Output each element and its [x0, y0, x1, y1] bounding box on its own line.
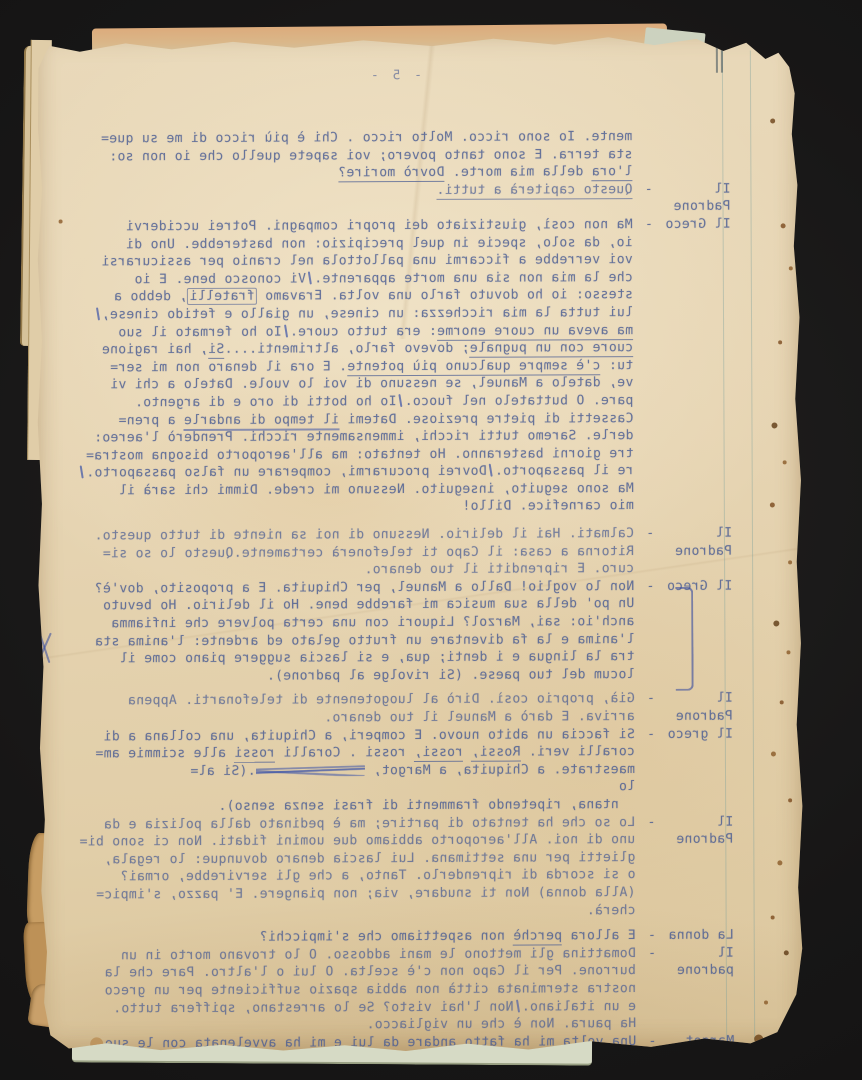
speaker-dash: - [648, 927, 656, 945]
pen-slash-mark [308, 271, 312, 284]
typed-underline: l'ora [591, 164, 632, 181]
paper-stain [59, 220, 63, 224]
dialogue-lines: Domattina gli mettono le mani addosso. O… [80, 945, 636, 1035]
typed-underline: Questo capiterà a tutti. [436, 182, 632, 200]
speaker-name: Il Padrone [653, 180, 731, 216]
dialogue-lines: Questo capiterà a tutti. [76, 181, 632, 201]
paper-stain [773, 620, 779, 626]
pen-slash-mark [80, 466, 84, 479]
pen-slash-mark [284, 324, 288, 337]
speaker-name: La donna [668, 927, 733, 945]
speaker-label: Il Greco- [633, 216, 731, 234]
mirrored-text-layer: - 5 - mente. Io sono ricco. Molto ricco … [34, 32, 804, 1053]
paper-stain [770, 118, 775, 123]
pen-scribble [256, 764, 366, 776]
speaker-dash: - [647, 726, 655, 744]
dialogue-block: Il Padrone-Già, proprio così. Dirò al lu… [37, 690, 733, 728]
typed-boxed-word: fratelli [187, 288, 256, 305]
dialogue-block: Il Greco-Non lo voglio! Dallo a Manuel, … [36, 577, 732, 686]
pen-mark-annotation [34, 632, 56, 666]
pen-slash-mark [95, 307, 99, 320]
typed-underline: Si [208, 342, 224, 359]
paper-stain [770, 502, 775, 507]
dialogue-block: Il Padrone-Questo capiterà a tutti. [34, 180, 730, 218]
dialogue-block: Il Padrone-Lo so che ha tentato di parti… [37, 813, 733, 922]
paper-stain [780, 700, 784, 704]
dialogue-lines: Lo so che ha tentato di partire; ma è pe… [79, 814, 635, 922]
speaker-label: Il Padrone- [632, 180, 730, 216]
speaker-name: Margot [685, 1032, 734, 1050]
speaker-dash: - [644, 181, 652, 216]
typescript-page-verso: - 5 - mente. Io sono ricco. Molto ricco … [34, 32, 804, 1053]
paper-stain [783, 460, 787, 464]
paper-stain [778, 340, 782, 344]
typed-underline: Rossi, [471, 745, 520, 762]
paper-stain [784, 950, 789, 955]
speaker-label: La donna- [636, 927, 734, 945]
paper-stain [789, 266, 793, 270]
page-number: - 5 - [12, 66, 778, 84]
speaker-label: Il padrone- [636, 944, 734, 980]
pen-slash-mark [489, 464, 493, 477]
dialogue-lines: Calmati. Hai il delirio. Nessuno di noi … [78, 525, 634, 580]
speaker-dash: - [648, 1033, 656, 1051]
dialogue-block: Il Greco-Ma non così, giustiziato dei pr… [35, 216, 732, 518]
paper-stain [771, 751, 776, 756]
paper-stain [781, 223, 786, 228]
speaker-name: Il Padrone [655, 690, 733, 726]
pen-bracket-annotation [675, 587, 693, 691]
typed-underline: rossi, [414, 745, 463, 762]
speaker-name: Il Padrone [654, 525, 732, 561]
pen-slash-mark [516, 999, 520, 1012]
dialogue-lines: Ma non così, giustiziato dei propri comp… [77, 216, 634, 518]
dialogue-lines: mente. Io sono ricco. Molto ricco . Chi … [76, 128, 632, 183]
speaker-label: Il Padrone- [635, 813, 733, 849]
speaker-dash: - [647, 690, 655, 725]
dialogue-block: Il Padrone-Calmati. Hai il delirio. Ness… [36, 525, 732, 581]
speaker-dash: - [647, 814, 655, 849]
dialogue-lines: Già, proprio così. Dirò al luogotenente … [79, 690, 635, 728]
speaker-label: Il Padrone- [635, 690, 733, 726]
speaker-dash: - [648, 945, 656, 980]
paper-stain [754, 1035, 763, 1044]
paper-stain [771, 915, 775, 919]
dialogue-block: mente. Io sono ricco. Molto ricco . Chi … [34, 128, 730, 184]
speaker-dash: - [645, 216, 653, 234]
dialogue-block: Il padrone-Domattina gli mettono le mani… [38, 944, 734, 1035]
speaker-name: Il greco [667, 725, 732, 743]
paper-stain [786, 650, 790, 654]
typed-underline: Dovrò morire? [338, 165, 444, 182]
speaker-label: Il Padrone- [634, 525, 732, 561]
speaker-dash: - [646, 578, 654, 596]
paper-stain [764, 1000, 768, 1004]
speaker-name: Il padrone [656, 944, 734, 980]
speaker-name: Il Padrone [655, 813, 733, 849]
typed-underline: rossi [234, 746, 275, 763]
dialogue-lines: Non lo voglio! Dallo a Manuel, per Chiqu… [78, 578, 634, 686]
paper-stain [777, 860, 782, 865]
speaker-name: Il Greco [665, 216, 730, 234]
paper-stain [771, 422, 777, 428]
typed-underline: perchè [513, 929, 562, 946]
speaker-dash: - [646, 525, 654, 560]
speaker-label: Il greco- [635, 725, 733, 743]
typed-underline: ma aveva un cuore enorme [437, 323, 633, 341]
dialogue-block: Il greco-Si faccia un abito nuovo. E com… [37, 725, 733, 816]
paper-stain [788, 798, 792, 802]
typed-underline: cuore con un pugnale [470, 340, 634, 358]
pen-underline: il tempo di andarle [184, 412, 339, 431]
paper-stain [788, 560, 792, 564]
photographed-document-scene: - 5 - mente. Io sono ricco. Molto ricco … [0, 0, 862, 1080]
speaker-label: Margot- [636, 1032, 734, 1050]
pen-slash-mark [398, 394, 402, 407]
dialogue-lines: Si faccia un abito nuovo. E comperi, a C… [79, 726, 635, 816]
typed-underline: c'è sempre qualcuno più potente [347, 358, 601, 376]
